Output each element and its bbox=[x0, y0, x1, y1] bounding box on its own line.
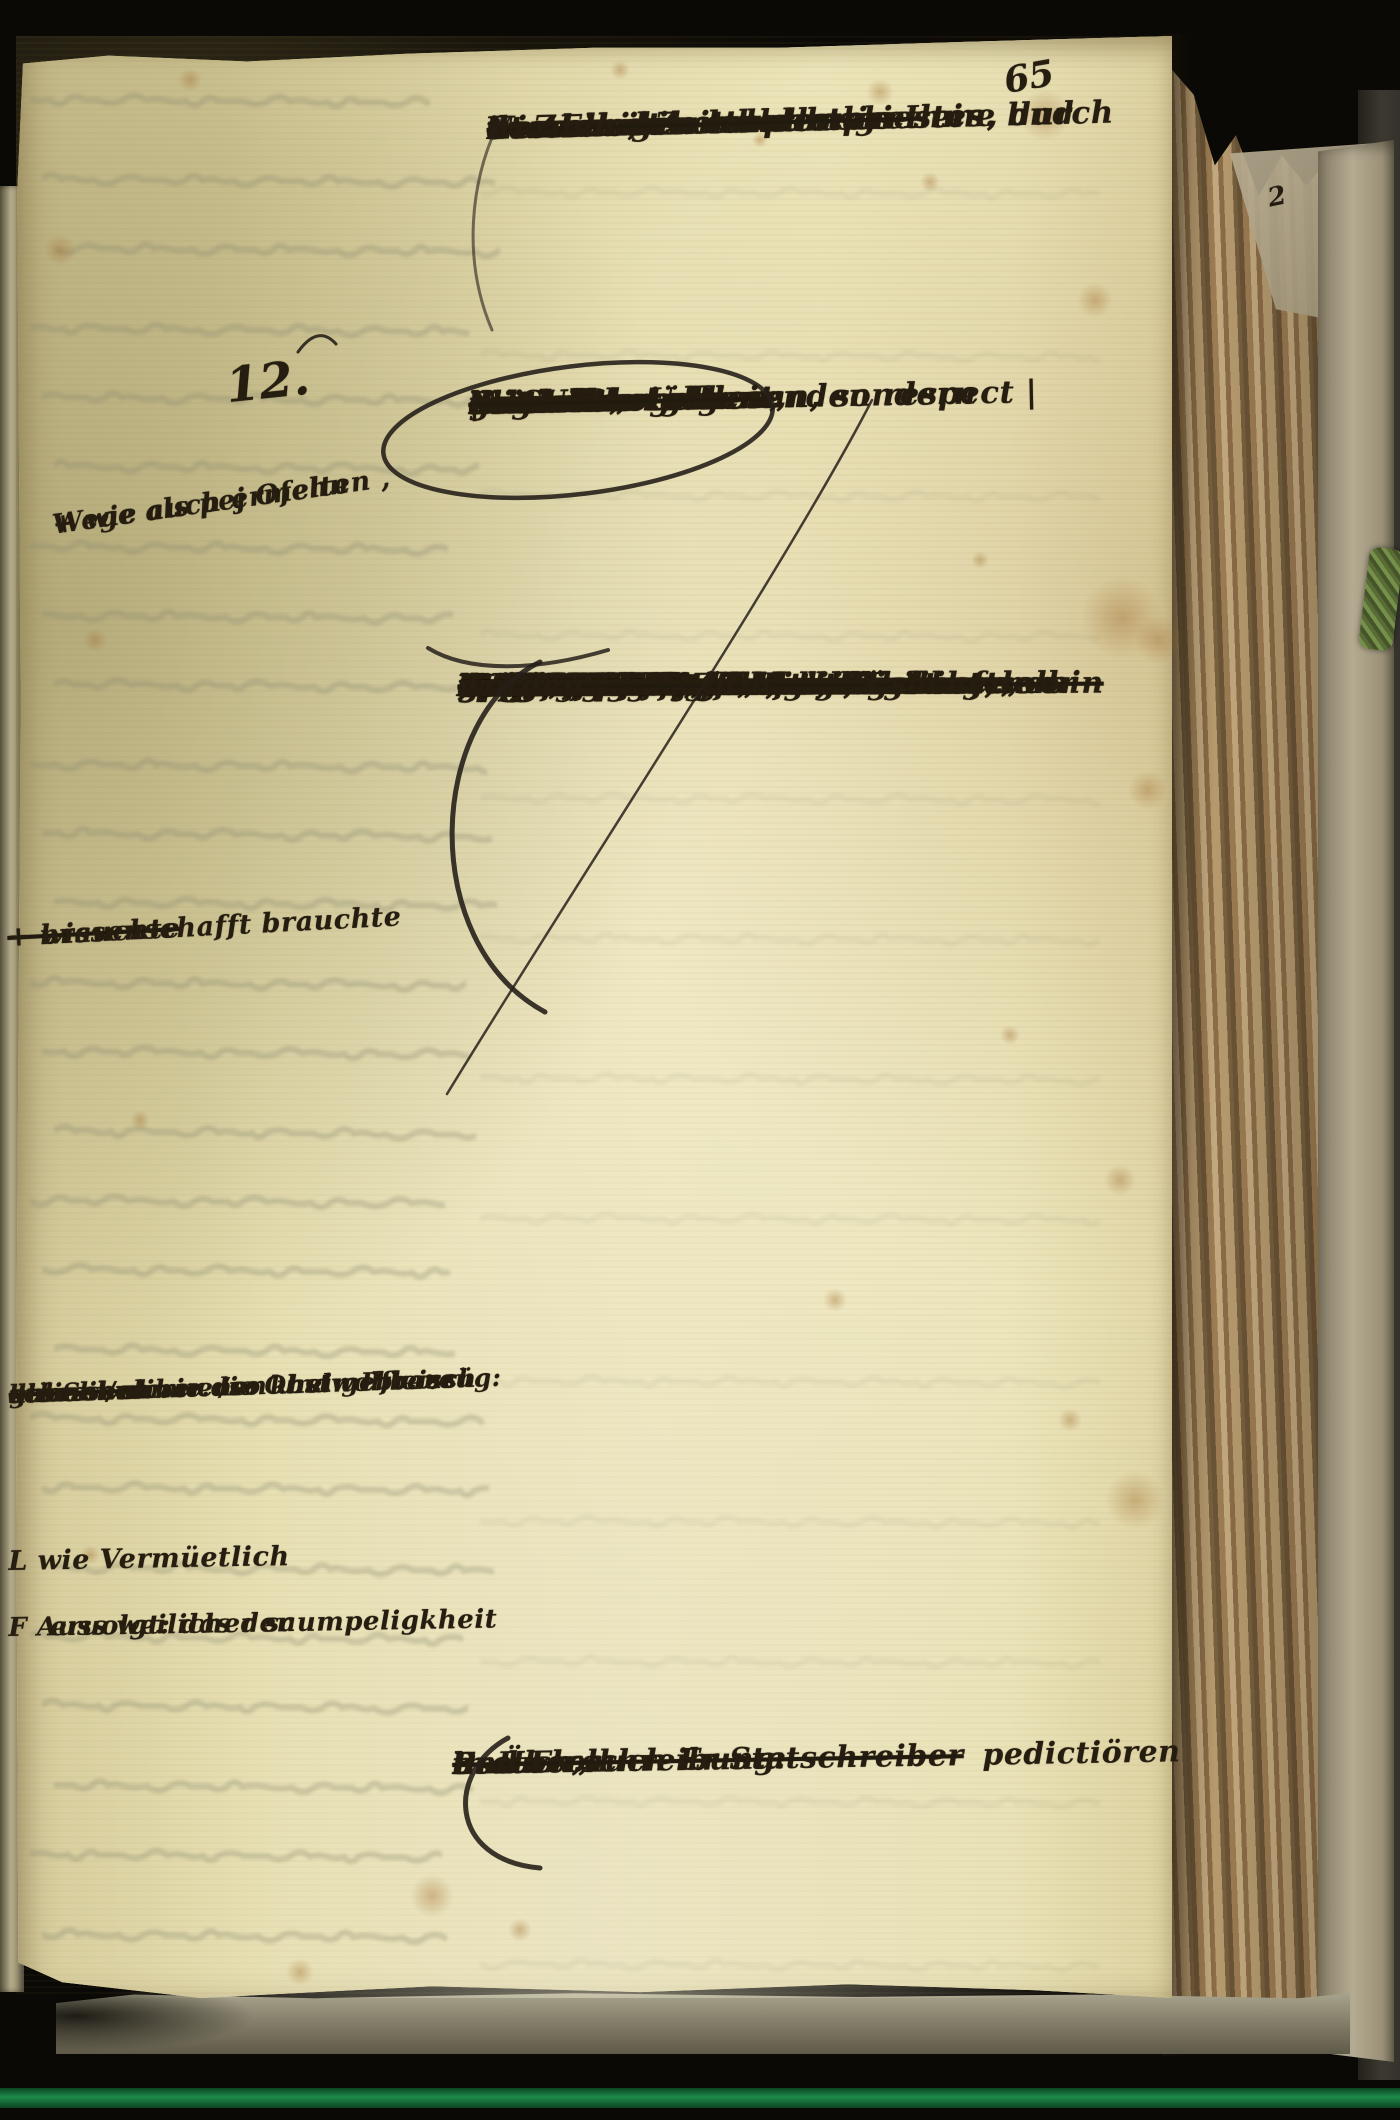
handwritten-text: | bbox=[468, 378, 481, 430]
main-text: das Ein secreta des priestes. bndderselb… bbox=[0, 0, 1400, 2120]
manuscript-line: pedictiören bbox=[452, 1733, 983, 1787]
handwritten-text: pedictiören bbox=[982, 1729, 1181, 1777]
manuscript-photo: 65 2 12. + wie auch ermelten ,Wege als p… bbox=[0, 0, 1400, 2120]
manuscript-line: Statschreibern palesiret werden , bbox=[486, 106, 487, 153]
manuscript-line: Untersthoner | bbox=[468, 378, 469, 430]
struck-text: Untersthoner bbox=[468, 373, 709, 430]
handwritten-text: worden , bbox=[458, 665, 607, 708]
handwritten-text: werden , bbox=[486, 102, 639, 153]
